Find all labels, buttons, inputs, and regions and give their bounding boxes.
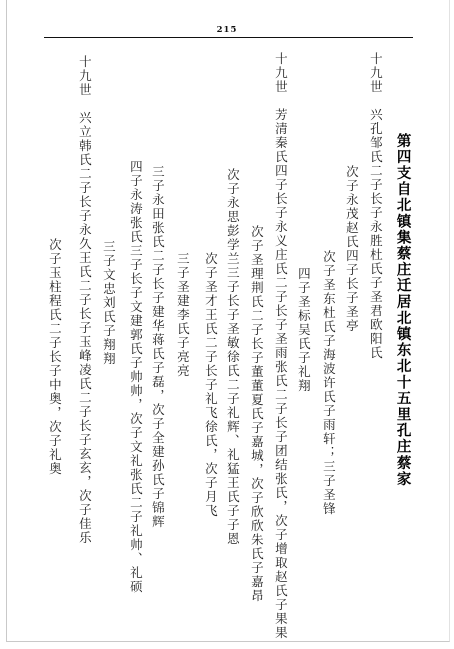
- genealogy-column-4: 四子圣标吴氏子礼翔: [296, 267, 310, 393]
- genealogy-column-8: 次子圣才王氏二子长子礼飞徐氏，次子月飞: [203, 252, 217, 518]
- genealogy-column-2: 次子永茂赵氏四子长子圣亭: [344, 165, 358, 333]
- genealogy-column-13: 十九世 兴立韩氏二子长子永久王氏二子长子玉峰凌氏二子长子玄玄，次子佳乐: [77, 55, 91, 545]
- genealogy-column-12: 三子文忠刘氏子翔翔: [101, 240, 115, 366]
- genealogy-column-7: 次子永思彭学兰三子长子圣敏徐氏二子礼辉、礼猛王氏子子恩: [225, 168, 239, 546]
- genealogy-column-6: 次子圣理荆氏二子长子董董夏氏子嘉城，次子欣欣朱氏子嘉昂: [249, 225, 263, 603]
- genealogy-column-5: 十九世 芳清秦氏四子长子永义庄氏二子长子圣雨张氏二子长子团结张氏，次子增取赵氏子…: [273, 52, 287, 640]
- genealogy-column-10: 三子永田张氏二子长子建华蒋氏子磊，次子全建孙氏子锦辉: [150, 165, 164, 529]
- section-title: 第四支自北镇集蔡庄迁居北镇东北十五里孔庄蔡家: [394, 133, 411, 487]
- genealogy-column-11: 四子永涛张氏三子长子文建郭氏子帅帅，次子文礼张氏二子礼帅、礼硕: [128, 160, 142, 594]
- header-rule: [44, 37, 413, 38]
- genealogy-column-14: 次子玉柱程氏二子长子中奥，次子礼奥: [47, 238, 61, 476]
- genealogy-column-9: 三子圣建李氏子亮亮: [175, 252, 189, 378]
- genealogy-column-1: 十九世 兴孔邹氏二子长子永胜杜氏子圣君欧阳氏: [368, 52, 382, 360]
- genealogy-column-3: 次子圣东杜氏子海波许氏子雨轩；三子圣锋: [321, 250, 335, 516]
- page-number: 215: [0, 25, 454, 35]
- document-page: 215 第四支自北镇集蔡庄迁居北镇东北十五里孔庄蔡家 十九世 兴孔邹氏二子长子永…: [0, 0, 454, 649]
